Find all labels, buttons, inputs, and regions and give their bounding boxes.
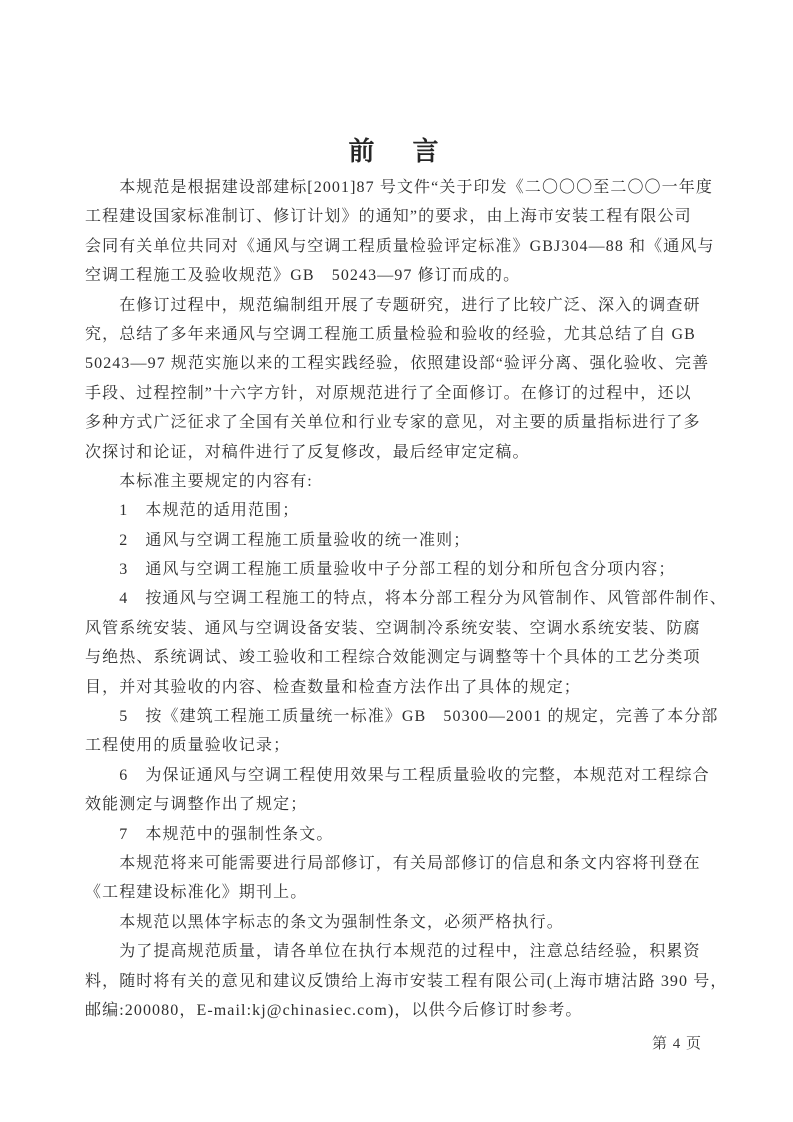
content-item-5: 5 按《建筑工程施工质量统一标准》GB 50300—2001 的规定，完善了本分… [85, 702, 705, 761]
text-line: 6 为保证通风与空调工程使用效果与工程质量验收的完整，本规范对工程综合 [85, 761, 705, 790]
text-line: 本标准主要规定的内容有: [85, 467, 705, 496]
contents-lead: 本标准主要规定的内容有: [85, 467, 705, 496]
text-line: 会同有关单位共同对《通风与空调工程质量检验评定标准》GBJ304—88 和《通风… [85, 232, 705, 261]
revision-process-paragraph: 在修订过程中，规范编制组开展了专题研究，进行了比较广泛、深入的调查研 究，总结了… [85, 291, 705, 467]
text-line: 次探讨和论证，对稿件进行了反复修改，最后经审定定稿。 [85, 438, 705, 467]
text-line: 本规范是根据建设部建标[2001]87 号文件“关于印发《二〇〇〇至二〇〇一年度 [85, 173, 705, 202]
text-line: 本规范以黑体字标志的条文为强制性条文，必须严格执行。 [85, 908, 705, 937]
text-line: 本规范将来可能需要进行局部修订，有关局部修订的信息和条文内容将刊登在 [85, 849, 705, 878]
content-item-2: 2 通风与空调工程施工质量验收的统一准则； [85, 526, 705, 555]
text-line: 50243—97 规范实施以来的工程实践经验，依照建设部“验评分离、强化验收、完… [85, 349, 705, 378]
document-page: 前 言 本规范是根据建设部建标[2001]87 号文件“关于印发《二〇〇〇至二〇… [0, 0, 793, 1122]
content-item-7: 7 本规范中的强制性条文。 [85, 820, 705, 849]
preface-title: 前 言 [0, 131, 793, 168]
text-line: 工程使用的质量验收记录； [85, 731, 705, 760]
content-item-4: 4 按通风与空调工程施工的特点，将本分部工程分为风管制作、风管部件制作、 风管系… [85, 584, 705, 702]
text-line: 效能测定与调整作出了规定； [85, 790, 705, 819]
mandatory-provisions-note: 本规范以黑体字标志的条文为强制性条文，必须严格执行。 [85, 908, 705, 937]
text-line: 手段、过程控制”十六字方针，对原规范进行了全面修订。在修订的过程中，还以 [85, 379, 705, 408]
text-line: 邮编:200080，E-mail:kj@chinasiec.com)，以供今后修… [85, 996, 705, 1025]
text-line: 与绝热、系统调试、竣工验收和工程综合效能测定与调整等十个具体的工艺分类项 [85, 643, 705, 672]
content-item-6: 6 为保证通风与空调工程使用效果与工程质量验收的完整，本规范对工程综合 效能测定… [85, 761, 705, 820]
text-line: 《工程建设标准化》期刊上。 [85, 878, 705, 907]
intro-paragraph: 本规范是根据建设部建标[2001]87 号文件“关于印发《二〇〇〇至二〇〇一年度… [85, 173, 705, 291]
page-number: 第 4 页 [85, 1032, 702, 1053]
future-revision-paragraph: 本规范将来可能需要进行局部修订，有关局部修订的信息和条文内容将刊登在 《工程建设… [85, 849, 705, 908]
text-line: 多种方式广泛征求了全国有关单位和行业专家的意见，对主要的质量指标进行了多 [85, 408, 705, 437]
text-line: 料，随时将有关的意见和建议反馈给上海市安装工程有限公司(上海市塘沽路 390 号… [85, 967, 705, 996]
text-line: 4 按通风与空调工程施工的特点，将本分部工程分为风管制作、风管部件制作、 [85, 584, 705, 613]
preface-body: 本规范是根据建设部建标[2001]87 号文件“关于印发《二〇〇〇至二〇〇一年度… [85, 173, 705, 1025]
content-item-1: 1 本规范的适用范围； [85, 496, 705, 525]
text-line: 5 按《建筑工程施工质量统一标准》GB 50300—2001 的规定，完善了本分… [85, 702, 705, 731]
content-item-3: 3 通风与空调工程施工质量验收中子分部工程的划分和所包含分项内容； [85, 555, 705, 584]
text-line: 风管系统安装、通风与空调设备安装、空调制冷系统安装、空调水系统安装、防腐 [85, 614, 705, 643]
text-line: 究，总结了多年来通风与空调工程施工质量检验和验收的经验，尤其总结了自 GB [85, 320, 705, 349]
text-line: 在修订过程中，规范编制组开展了专题研究，进行了比较广泛、深入的调查研 [85, 291, 705, 320]
text-line: 空调工程施工及验收规范》GB 50243—97 修订而成的。 [85, 261, 705, 290]
text-line: 工程建设国家标准制订、修订计划》的通知”的要求，由上海市安装工程有限公司 [85, 202, 705, 231]
text-line: 1 本规范的适用范围； [85, 496, 705, 525]
text-line: 目，并对其验收的内容、检查数量和检查方法作出了具体的规定； [85, 673, 705, 702]
text-line: 7 本规范中的强制性条文。 [85, 820, 705, 849]
text-line: 为了提高规范质量，请各单位在执行本规范的过程中，注意总结经验，积累资 [85, 937, 705, 966]
text-line: 3 通风与空调工程施工质量验收中子分部工程的划分和所包含分项内容； [85, 555, 705, 584]
text-line: 2 通风与空调工程施工质量验收的统一准则； [85, 526, 705, 555]
feedback-paragraph: 为了提高规范质量，请各单位在执行本规范的过程中，注意总结经验，积累资 料，随时将… [85, 937, 705, 1025]
